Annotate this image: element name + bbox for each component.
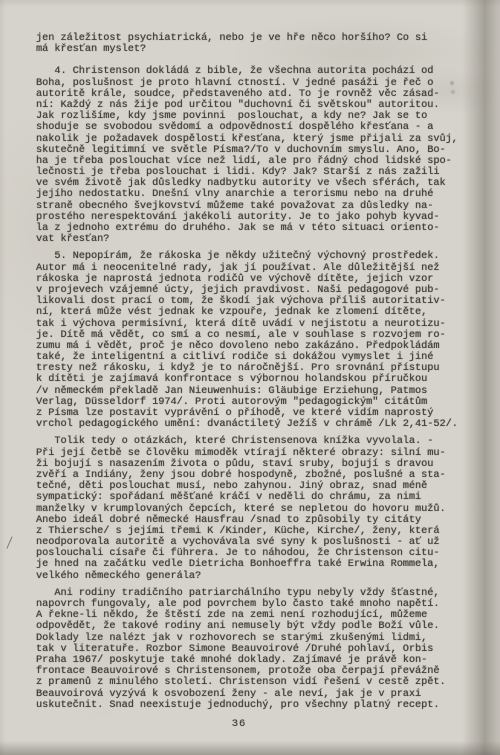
text-line: vrchol pedagogického umění: dvanáctiletý… bbox=[36, 419, 472, 430]
text-line: tresty než rákosku, i když je to náročně… bbox=[36, 363, 472, 374]
text-line: tak v literatuře. Rozbor Simone Beauvoir… bbox=[36, 644, 472, 655]
text-line: je hned na začátku vedle Dietricha Bonho… bbox=[36, 559, 472, 570]
text-line: vat křesťan? bbox=[36, 234, 472, 245]
text-line: shoduje se svobodou svědomí a odpovědnos… bbox=[36, 122, 472, 133]
text-line: je. Dítě má vědět, co smí a co nesmí, al… bbox=[36, 330, 472, 341]
pencil-slash-mark bbox=[6, 536, 12, 548]
text-line: autoritě krále, soudce, představeného at… bbox=[36, 89, 472, 100]
paragraph: Ani rodiny tradičního patriarchálního ty… bbox=[36, 588, 472, 711]
text-line: likovali dost prací o tom, že škodí jak … bbox=[36, 296, 472, 307]
text-line: tečné, děti poslouchat musí, nebo zahyno… bbox=[36, 481, 472, 492]
text-line: Autor má i neocenitelné rady, jak jí pou… bbox=[36, 263, 472, 274]
text-line: z Písma lze postavit vyprávění o příhodě… bbox=[36, 408, 472, 419]
text-line: ha je třeba poslouchat více než lidí, al… bbox=[36, 156, 472, 167]
scanned-document-page: jen záležitost psychiatrická, nebo je ve… bbox=[0, 0, 500, 755]
text-line: ži bojují s nasazením života o půdu, sta… bbox=[36, 459, 472, 470]
paragraph: jen záležitost psychiatrická, nebo je ve… bbox=[36, 33, 472, 55]
text-line: má křesťan myslet? bbox=[36, 44, 472, 55]
text-line: odpovědět, že takové rodiny ani nemusely… bbox=[36, 621, 472, 632]
scan-edge-shadow-bottom bbox=[0, 741, 500, 755]
text-line: zvěří a Indiány, ženy jsou dobré hospody… bbox=[36, 470, 472, 481]
text-line: Anebo ideál dobré německé Hausfrau /snad… bbox=[36, 515, 472, 526]
text-line: k dítěti je zajímavá konfrontace s výbor… bbox=[36, 374, 472, 385]
text-line: z Thiersche/ s jejími třemi K /Kinder, K… bbox=[36, 526, 472, 537]
text-line: lečnosti je třeba poslouchat i lidi. Kdy… bbox=[36, 167, 472, 178]
text-line: la z jednoho extrému do druhého. Jak se … bbox=[36, 223, 472, 234]
text-line: neodporovala autoritě a vychovávala své … bbox=[36, 537, 472, 548]
text-line: prostého nerespektování jakékoli autorit… bbox=[36, 212, 472, 223]
text-line: zumu má i vědět, proč je něco dovoleno n… bbox=[36, 341, 472, 352]
text-line: Boha, poslušnost je proto hlavní ctností… bbox=[36, 78, 472, 89]
page-text: jen záležitost psychiatrická, nebo je ve… bbox=[36, 33, 472, 711]
text-line: Při její četbě se člověku mimoděk vtíraj… bbox=[36, 448, 472, 459]
text-line: poslouchali císaře či führera. Je to náh… bbox=[36, 548, 472, 559]
text-line: frontace Beauvoirové s Christensonem, pr… bbox=[36, 666, 472, 677]
text-line: skutečně legitimní ve světle Písma?/To v… bbox=[36, 145, 472, 156]
page-number: 36 bbox=[36, 718, 442, 730]
text-line: napovrch fungovaly, ale pod povrchem byl… bbox=[36, 599, 472, 610]
text-line: tak i výchova permisívní, která dítě uvá… bbox=[36, 319, 472, 330]
text-line: nakolik je požadavek dospělosti křesťana… bbox=[36, 134, 472, 145]
text-line: z pramenů z minulého století. Christenso… bbox=[36, 677, 472, 688]
text-line: velkého německého generála? bbox=[36, 571, 472, 582]
paragraph: 5. Nepopírám, že rákoska je někdy užiteč… bbox=[36, 251, 472, 430]
text-line: Ani rodiny tradičního patriarchálního ty… bbox=[36, 588, 472, 599]
text-line: Praha 1967/ poskytuje také mnohé doklady… bbox=[36, 655, 472, 666]
text-line: manželky v krumplovaných čepcích, které … bbox=[36, 504, 472, 515]
text-line: sympatický: spořádaní měšťané kráčí v ne… bbox=[36, 492, 472, 503]
text-line: rákoska je naprostá jednota rodičů ve vý… bbox=[36, 274, 472, 285]
text-line: ní, která může vést jednak ke vzpouře, j… bbox=[36, 307, 472, 318]
text-line: A řekne-li někdo, že štěstí zde na zemi … bbox=[36, 610, 472, 621]
text-line: jejího nedostatku. Dnešní vlny anarchie … bbox=[36, 189, 472, 200]
text-line: ní: Každý z nás žije pod určitou "duchov… bbox=[36, 100, 472, 111]
text-line: Jak rozlišíme, kdy jsme povinni poslouch… bbox=[36, 111, 472, 122]
text-line: také, že inteligentní a citliví rodiče s… bbox=[36, 352, 472, 363]
text-line: ve svém životě jak důsledky nadbytku aut… bbox=[36, 178, 472, 189]
paragraph: Tolik tedy o otázkách, které Christensen… bbox=[36, 436, 472, 581]
text-line: Tolik tedy o otázkách, které Christensen… bbox=[36, 436, 472, 447]
text-line: uskutečnit. Snad neexistuje jednoduchý, … bbox=[36, 700, 472, 711]
text-line: Verlag, Düsseldorf 1974/. Proti autorový… bbox=[36, 397, 472, 408]
paragraph: 4. Christenson dokládá z bible, že všech… bbox=[36, 66, 472, 245]
text-line: /v německém překladě Jan Nieuwenhuis: Gl… bbox=[36, 386, 472, 397]
text-line: v projevech vzájemné úcty, jejich pravdi… bbox=[36, 285, 472, 296]
text-line: straně obecného švejkovství můžeme také … bbox=[36, 201, 472, 212]
text-line: jen záležitost psychiatrická, nebo je ve… bbox=[36, 33, 472, 44]
text-line: 5. Nepopírám, že rákoska je někdy užiteč… bbox=[36, 251, 472, 262]
text-line: Beauvoirová vyzývá k osvobození ženy - a… bbox=[36, 689, 472, 700]
text-line: Doklady lze nalézt jak v rozhovorech se … bbox=[36, 633, 472, 644]
text-line: 4. Christenson dokládá z bible, že všech… bbox=[36, 66, 472, 77]
